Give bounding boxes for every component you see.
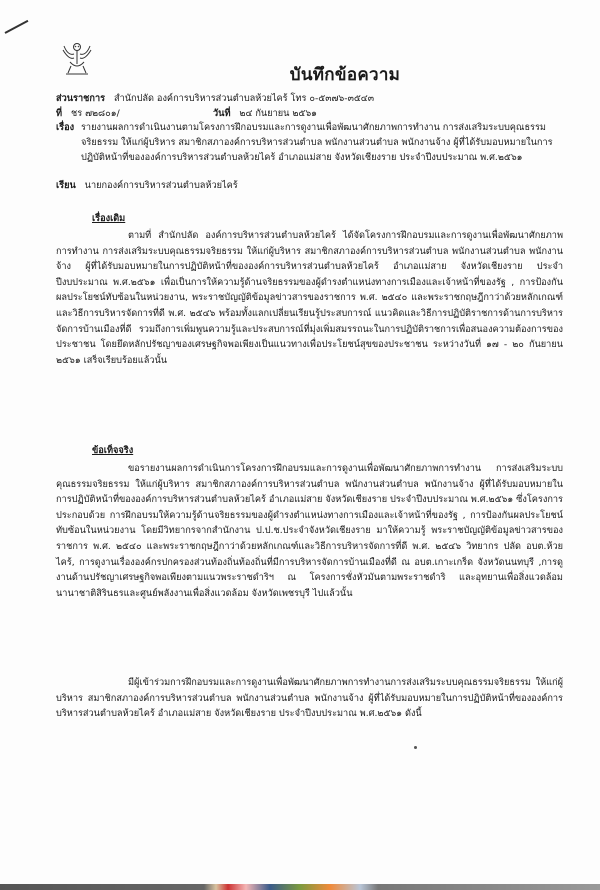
department-line: ส่วนราชการ สำนักปลัด องค์การบริหารส่วนตำ… [56,91,374,106]
date-line: วันที่ ๒๔ กันยายน ๒๕๖๑ [213,106,317,121]
department-label: ส่วนราชการ [56,93,105,104]
facts-heading: ข้อเท็จจริง [92,443,133,458]
reference-value: ชร ๗๒๘๐๑/ [71,108,120,119]
reference-label: ที่ [56,108,62,119]
facts-paragraph-1: ขอรายงานผลการดำเนินการโครงการฝึกอบรมและก… [56,461,563,601]
date-label: วันที่ [213,108,231,119]
addressee-line: เรียน นายกองค์การบริหารส่วนตำบลห้วยไคร้ [56,178,238,193]
department-value: สำนักปลัด องค์การบริหารส่วนตำบลห้วยไคร้ … [114,93,374,104]
background-heading: เรื่องเดิม [92,211,125,226]
subject-block: เรื่อง รายงานผลการดำเนินงานตามโครงการฝึก… [56,120,566,165]
addressee-value: นายกองค์การบริหารส่วนตำบลห้วยไคร้ [85,180,238,191]
scan-edge-strip [0,884,600,890]
subject-value: รายงานผลการดำเนินงานตามโครงการฝึกอบรมและ… [81,120,566,165]
memo-title: บันทึกข้อความ [0,61,600,88]
addressee-label: เรียน [56,180,76,191]
pen-mark [5,20,29,34]
background-paragraph: ตามที่ สำนักปลัด องค์การบริหารส่วนตำบลห้… [56,228,563,368]
date-value: ๒๔ กันยายน ๒๕๖๑ [239,108,317,119]
memo-page: บันทึกข้อความ ส่วนราชการ สำนักปลัด องค์ก… [0,0,600,890]
reference-line: ที่ ชร ๗๒๘๐๑/ [56,106,120,121]
subject-label: เรื่อง [56,120,74,135]
facts-paragraph-2: มีผู้เข้าร่วมการฝึกอบรมและการดูงานเพื่อพ… [56,675,563,722]
speck-mark [414,746,417,749]
